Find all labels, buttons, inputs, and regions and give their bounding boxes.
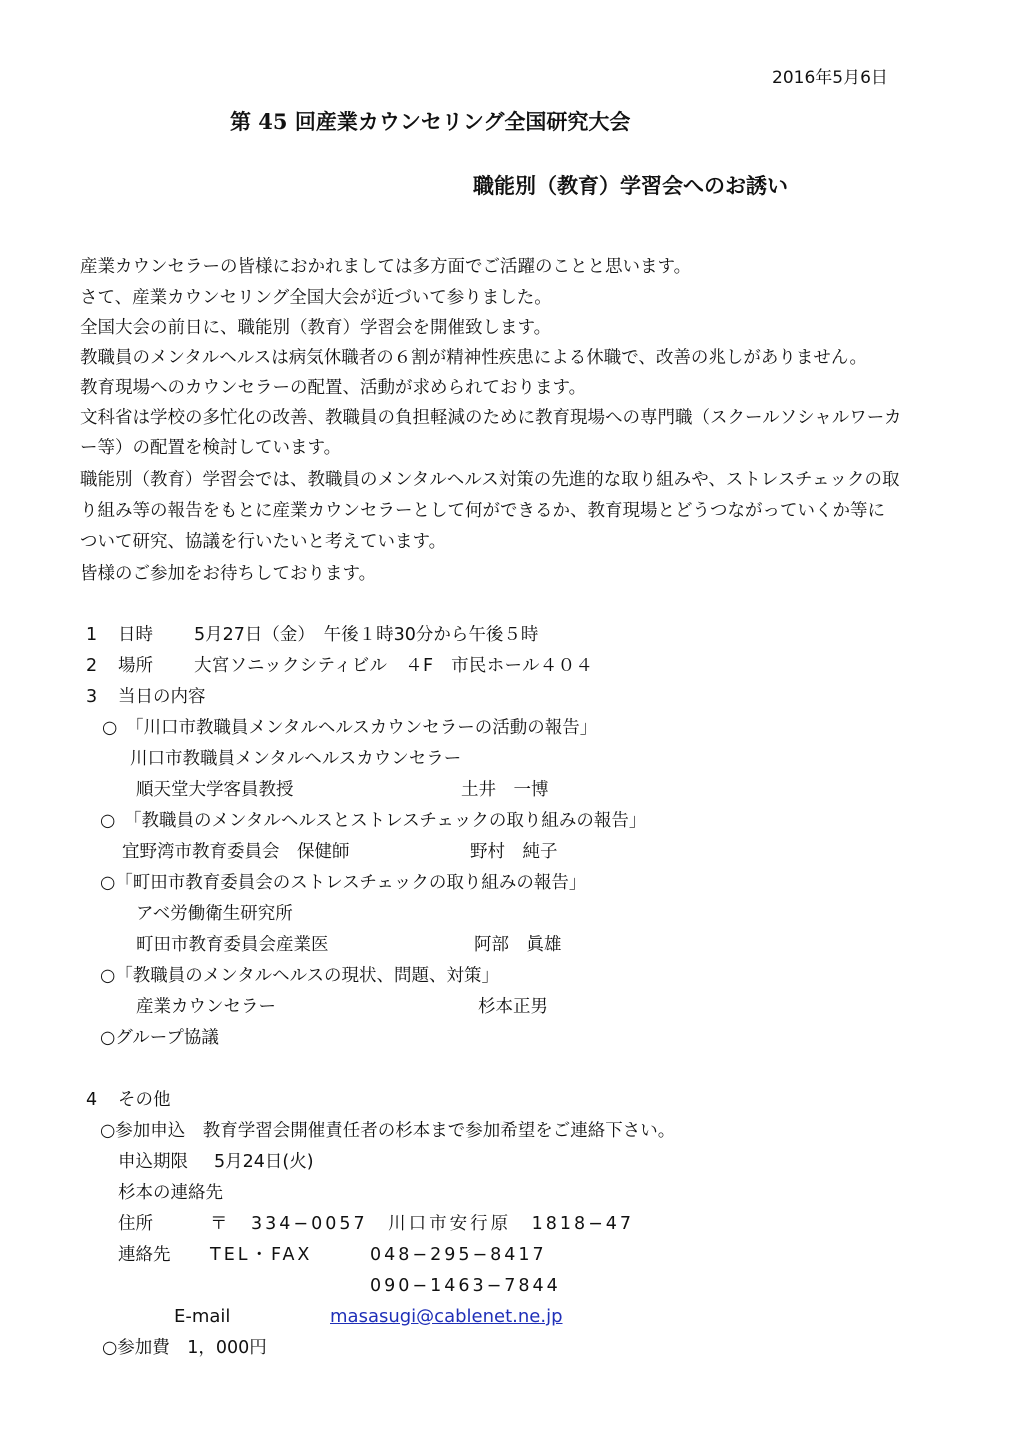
- program-item-title: ○グループ協議: [100, 1026, 219, 1050]
- address-label: 住所: [118, 1212, 153, 1236]
- intro-line: 産業カウンセラーの皆様におかれましては多方面でご活躍のことと思います。: [80, 255, 691, 279]
- section-2-number: 2: [86, 654, 97, 678]
- program-item-speaker: 阿部 眞雄: [474, 933, 562, 957]
- deadline-label: 申込期限: [118, 1150, 188, 1174]
- section-2-label: 場所: [118, 654, 153, 678]
- intro-line: 教育現場へのカウンセラーの配置、活動が求められております。: [80, 376, 586, 400]
- intro-line: 職能別（教育）学習会では、教職員のメンタルヘルス対策の先進的な取り組みや、ストレ…: [80, 468, 900, 492]
- intro-line: さて、産業カウンセリング全国大会が近づいて参りました。: [80, 286, 552, 310]
- email-label: E-mail: [174, 1305, 230, 1329]
- intro-line: 教職員のメンタルヘルスは病気休職者の６割が精神性疾患による休職で、改善の兆しがあ…: [80, 346, 867, 370]
- program-item-title: ○「教職員のメンタルヘルスの現状、問題、対策」: [100, 964, 499, 988]
- intro-line: 全国大会の前日に、職能別（教育）学習会を開催致します。: [80, 316, 551, 340]
- intro-line: ついて研究、協議を行いたいと考えています。: [80, 530, 446, 554]
- document-title: 第 45 回産業カウンセリング全国研究大会: [230, 108, 630, 136]
- section-1-datetime: 5月27日（金） 午後１時30分から午後５時: [194, 623, 538, 647]
- section-1-number: 1: [86, 623, 97, 647]
- phone-label: 連絡先: [118, 1243, 171, 1267]
- deadline-value: 5月24日(火): [214, 1150, 314, 1174]
- intro-line: り組み等の報告をもとに産業カウンセラーとして何ができるか、教育現場とどうつながっ…: [80, 499, 885, 523]
- program-item-speaker: 土井 一博: [461, 778, 549, 802]
- section-4-number: 4: [86, 1088, 97, 1112]
- document-date: 2016年5月6日: [772, 66, 888, 90]
- section-1-label: 日時: [118, 623, 153, 647]
- program-item-speaker: 野村 純子: [470, 840, 558, 864]
- section-4-label: その他: [118, 1088, 171, 1112]
- program-item-affiliation: 川口市教職員メンタルヘルスカウンセラー: [130, 747, 461, 771]
- section-3-number: 3: [86, 685, 97, 709]
- email-link[interactable]: masasugi@cablenet.ne.jp: [330, 1305, 563, 1329]
- phone-number-1: 048−295−8417: [370, 1243, 547, 1267]
- intro-line: ー等）の配置を検討しています。: [80, 436, 341, 460]
- program-item-affiliation: 町田市教育委員会産業医: [136, 933, 329, 957]
- address-value: 〒 334−0057 川口市安行原 1818−47: [210, 1212, 634, 1236]
- section-2-venue: 大宮ソニックシティビル ４F 市民ホール４０４: [194, 654, 593, 678]
- phone-number-2: 090−1463−7844: [370, 1274, 561, 1298]
- program-item-affiliation: アベ労働衛生研究所: [136, 902, 293, 926]
- participation-fee: ○参加費 1，000円: [102, 1336, 267, 1360]
- program-item-title: ○ 「教職員のメンタルヘルスとストレスチェックの取り組みの報告」: [100, 809, 646, 833]
- phone-type: TEL・FAX: [210, 1243, 312, 1267]
- program-item-affiliation: 順天堂大学客員教授: [136, 778, 294, 802]
- intro-line: 文科省は学校の多忙化の改善、教職員の負担軽減のために教育現場への専門職（スクール…: [80, 406, 901, 430]
- program-item-title: ○「町田市教育委員会のストレスチェックの取り組みの報告」: [100, 871, 586, 895]
- program-item-affiliation: 宜野湾市教育委員会 保健師: [122, 840, 350, 864]
- contact-heading: 杉本の連絡先: [118, 1181, 223, 1205]
- document-page: 2016年5月6日 第 45 回産業カウンセリング全国研究大会 職能別（教育）学…: [0, 0, 1024, 1448]
- document-subtitle: 職能別（教育）学習会へのお誘い: [473, 172, 788, 200]
- program-item-affiliation: 産業カウンセラー: [136, 995, 276, 1019]
- application-instructions: ○参加申込 教育学習会開催責任者の杉本まで参加希望をご連絡下さい。: [100, 1119, 675, 1143]
- program-item-speaker: 杉本正男: [478, 995, 548, 1019]
- program-item-title: ○ 「川口市教職員メンタルヘルスカウンセラーの活動の報告」: [102, 716, 597, 740]
- intro-line: 皆様のご参加をお待ちしております。: [80, 562, 376, 586]
- section-3-label: 当日の内容: [118, 685, 206, 709]
